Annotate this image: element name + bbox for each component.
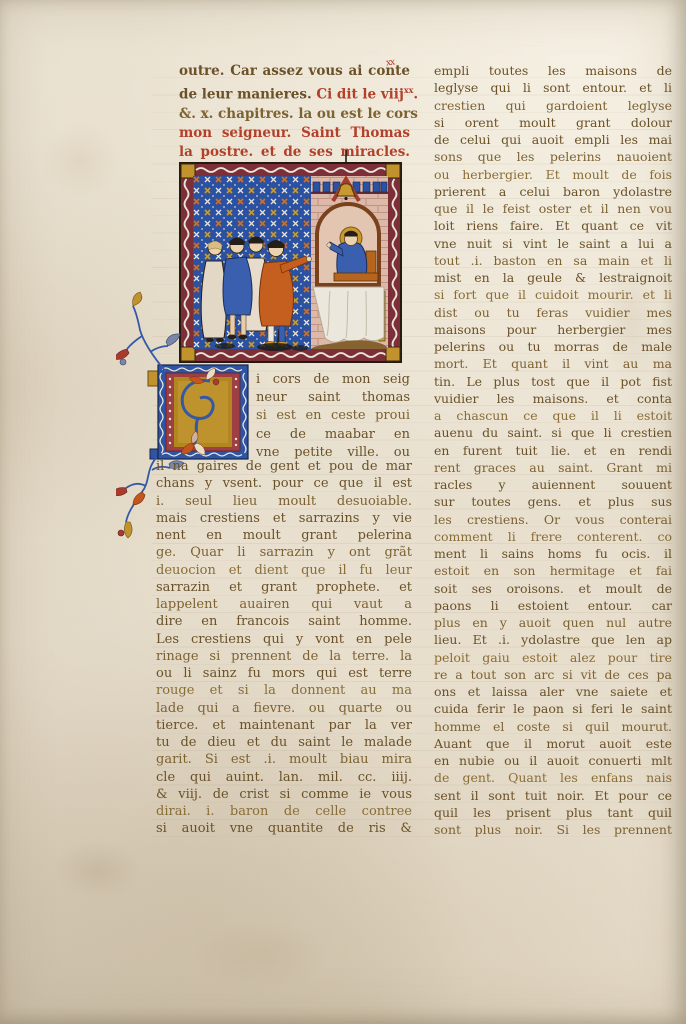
text-line: tierce. et maintenant par la ver [156, 717, 412, 734]
text-line: cuida ferir le paon si feri le saint [434, 700, 672, 717]
text-line: si auoit vne quantite de ris & [156, 820, 412, 837]
text-line: mais crestiens et sarrazins y vie [156, 510, 412, 527]
text-line: en furent tuit lie. et en rendi [434, 442, 672, 459]
text-line: sont plus noir. Si les prennent [434, 821, 672, 838]
text-line: dist ou tu feras vuidier mes [434, 304, 672, 321]
left-column-body: il na gaires de gent et pou de marchans … [156, 458, 412, 838]
text-line: de celui qui auoit empli les mai [434, 131, 672, 148]
text-line: ment li sains homs fu ocis. il [434, 545, 672, 562]
text-line: vuidier les maisons. et conta [434, 390, 672, 407]
text-line: garit. Si est .i. moult biau mira [156, 751, 412, 768]
rubric-line: mon seigneur. Saint Thomas [179, 124, 410, 143]
rubric-line: outre. Car assez vous ai conte [179, 62, 410, 81]
text-line: ou herbergier. Et moult de fois [434, 166, 672, 183]
text-line: pelerins ou tu morras de male [434, 338, 672, 355]
text-line: si orent moult grant dolour [434, 114, 672, 131]
text-line: lappelent auairen qui vaut a [156, 596, 412, 613]
text-line: sent il sont tuit noir. Et pour ce [434, 787, 672, 804]
text-line: estoit en son hermitage et fai [434, 562, 672, 579]
right-column: empli toutes les maisons deleglyse qui l… [434, 62, 672, 838]
text-line: paons li estoient entour. car [434, 597, 672, 614]
text-line: i. seul lieu moult desuoiable. [156, 493, 412, 510]
text-line: chans y vsent. pour ce que il est [156, 475, 412, 492]
text-line: peloit gaiu estoit alez pour tire [434, 649, 672, 666]
text-line: neur saint thomas [256, 389, 410, 407]
text-line: prierent a celui baron ydolastre [434, 183, 672, 200]
text-line: en nubie ou il auoit conuerti mlt [434, 752, 672, 769]
text-line: crestien qui gardoient leglyse [434, 97, 672, 114]
text-line: vne nuit si vint le saint a lui a [434, 235, 672, 252]
text-line: les crestiens. Or vous conterai [434, 511, 672, 528]
text-line: sarrazin et grant prophete. et [156, 579, 412, 596]
text-line: ge. Quar li sarrazin y ont grãt [156, 544, 412, 561]
superscript-xx: xx [404, 85, 414, 95]
text-line: racles y auiennent souuent [434, 476, 672, 493]
text-line: rouge et si la donnent au ma [156, 682, 412, 699]
text-line: de gent. Quant les enfans nais [434, 769, 672, 786]
text-line: dire en francois saint homme. [156, 613, 412, 630]
text-line: leglyse qui li sont entour. et li [434, 79, 672, 96]
text-line: si fort que il cuidoit mourir. et li [434, 286, 672, 303]
text-line: mort. Et quant il vint au ma [434, 355, 672, 372]
text-line: lade qui a fievre. ou quarte ou [156, 700, 412, 717]
text-line: Auant que il morut auoit este [434, 735, 672, 752]
rubric-line: &. x. chapitres. la ou est le cors [179, 105, 410, 124]
text-line: tin. Le plus tost que il pot fist [434, 373, 672, 390]
parchment-stain [52, 840, 142, 900]
text-line: rinage si prennent de la terre. la [156, 648, 412, 665]
text-line: cle qui auint. lan. mil. cc. iiij. [156, 769, 412, 786]
text-line: lieu. Et .i. ydolastre que len ap [434, 631, 672, 648]
text-line: tout .i. baston en sa main et li [434, 252, 672, 269]
text-line: sur toutes gens. et plus sus [434, 493, 672, 510]
text-line: loit riens faire. Et quant ce vit [434, 217, 672, 234]
text-line: deuocion et dient que il fu leur [156, 562, 412, 579]
text-line: rent graces au saint. Grant mi [434, 459, 672, 476]
text-line: nent en moult grant pelerina [156, 527, 412, 544]
text-line: homme el coste si quil mourut. [434, 718, 672, 735]
rubric-text: . [413, 87, 418, 103]
left-column-indent: i cors de mon seigneur saint thomassi es… [256, 371, 410, 462]
text-line: empli toutes les maisons de [434, 62, 672, 79]
text-line: si est en ceste proui [256, 407, 410, 425]
text-line: quil les prisent plus tant quil [434, 804, 672, 821]
rubric-text: de leur manieres. [179, 87, 316, 103]
text-line: ou li sainz fu mors qui est terre [156, 665, 412, 682]
text-line: soit ses oroisons. et moult de [434, 580, 672, 597]
text-line: maisons pour herbergier mes [434, 321, 672, 338]
text-line: dirai. i. baron de celle contree [156, 803, 412, 820]
text-line: comment li frere conterent. co [434, 528, 672, 545]
parchment-stain [190, 920, 330, 990]
miniature-saint-thomas [180, 163, 401, 362]
text-line: sons que les pelerins nauoient [434, 148, 672, 165]
text-line: que il le feist oster et il nen vou [434, 200, 672, 217]
text-line: ce de maabar en [256, 426, 410, 444]
rubric-line: la postre. et de ses miracles. [179, 143, 410, 162]
text-line: re a tout son arc si vit de ces pa [434, 666, 672, 683]
rubric-line: de leur manieres. Ci dit le viijxx. [179, 81, 410, 105]
rubric-text: Ci dit le viij [316, 87, 403, 103]
text-line: plus en y auoit quen nul autre [434, 614, 672, 631]
text-line: a chascun ce que il li estoit [434, 407, 672, 424]
chapter-rubric: outre. Car assez vous ai conte de leur m… [179, 62, 410, 163]
text-line: mist en la geule & lestraignoit [434, 269, 672, 286]
text-line: & viij. de crist si comme ie vous [156, 786, 412, 803]
parchment-stain [40, 120, 120, 200]
miniature-illustration [180, 163, 401, 362]
text-line: tu de dieu et du saint le malade [156, 734, 412, 751]
text-line: i cors de mon seig [256, 371, 410, 389]
manuscript-page: outre. Car assez vous ai conte de leur m… [0, 0, 686, 1024]
text-line: auenu du saint. si que li crestien [434, 424, 672, 441]
text-line: ons et laissa aler vne saiete et [434, 683, 672, 700]
text-line: il na gaires de gent et pou de mar [156, 458, 412, 475]
text-line: Les crestiens qui y vont en pele [156, 631, 412, 648]
red-flourish: xx [385, 57, 394, 68]
